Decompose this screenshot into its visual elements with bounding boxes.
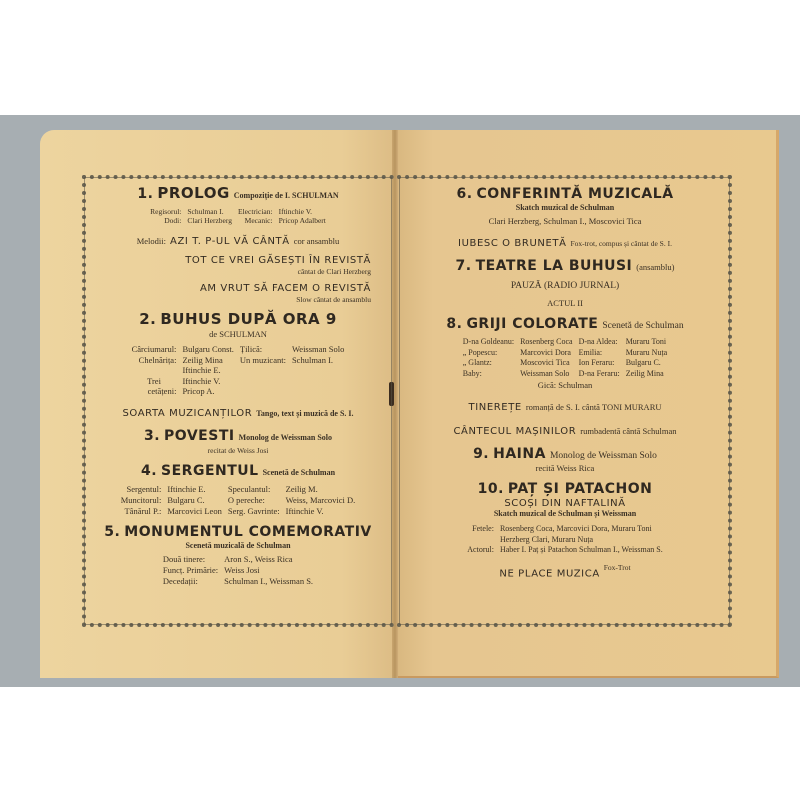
program-item-3: 3. POVESTI Monolog de Weissman Solo reci… — [85, 427, 391, 456]
credit-name: Clari Herzberg — [187, 216, 232, 225]
item-subtitle: de SCHULMAN — [85, 329, 391, 340]
item-number: 9. — [473, 446, 489, 462]
cast-name: Marcovici Leon — [167, 506, 222, 517]
item-title: HAINA — [493, 446, 546, 462]
program-item-10: 10. PAȚ ȘI PATACHON SCOȘI DIN NAFTALINĂ … — [405, 480, 725, 556]
item-title: SERGENTUL — [161, 463, 259, 479]
item-title: PAȚ ȘI PATACHON — [508, 481, 652, 497]
cast-role: D-na Aldea: — [579, 337, 620, 348]
cast-role — [132, 365, 177, 376]
item-title: BUHUS DUPĂ ORA 9 — [160, 310, 336, 328]
cast-name: Weissman Solo — [292, 344, 344, 355]
cast-name: Schulman I., Weissman S. — [224, 576, 313, 587]
cast-name: Iftinchie V. — [286, 506, 356, 517]
credit-role: Dodi: — [150, 216, 181, 225]
item-subtitle: Monolog de Weissman Solo — [550, 451, 657, 461]
song-title: TINEREȚE — [468, 402, 521, 413]
song-title: NE PLACE MUZICA — [499, 568, 599, 579]
credit-role: Regisorul: — [150, 207, 181, 216]
item-subtitle: Compoziție de I. SCHULMAN — [234, 191, 339, 200]
credit-name: Schulman I. — [187, 207, 232, 216]
item-subtitle: Scenetă de Schulman — [263, 468, 335, 477]
cast-role: Tânărul P.: — [121, 506, 162, 517]
program-item-6: 6. CONFERINTĂ MUZICALĂ Skatch muzical de… — [405, 185, 725, 227]
program-item-4: 4. SERGENTUL Scenetă de Schulman Sergent… — [85, 462, 391, 517]
item-subtitle: Skatch muzical de Schulman — [405, 203, 725, 212]
left-page-content: 1. PROLOG Compoziție de I. SCHULMAN Regi… — [85, 185, 391, 593]
item-title: TEATRE LA BUHUSI — [476, 258, 633, 274]
item-title: GRIJI COLORATE — [466, 316, 598, 332]
song-title: IUBESC O BRUNETĂ — [458, 238, 566, 249]
cast-role: Două tinere: — [163, 554, 218, 565]
item-number: 7. — [456, 258, 472, 274]
cast-role: cetățeni: — [132, 386, 177, 397]
cast-role: Muncitorul: — [121, 495, 162, 506]
cast-name: Bulgaru C. — [167, 495, 222, 506]
cast-name: Weiss Josi — [224, 565, 313, 576]
cast-name: Bulgaru C. — [626, 358, 668, 369]
cast-name: Pricop A. — [182, 386, 233, 397]
cast-role: Actorul: — [467, 545, 494, 556]
intermission: PAUZĂ (RADIO JURNAL) — [405, 281, 725, 292]
cast-name: Zeilig Mina — [182, 355, 233, 366]
program-item-1: 1. PROLOG Compoziție de I. SCHULMAN Regi… — [85, 185, 391, 305]
cast-name: Rosenberg Coca — [520, 337, 573, 348]
cast-name: Herzberg Clari, Muraru Nuța — [500, 535, 663, 546]
cast-name: Bulgaru Const. — [182, 344, 233, 355]
cast-role: Țilică: — [240, 344, 286, 355]
item-note: recitat de Weiss Josi — [85, 445, 391, 456]
cast-role: Emilia: — [579, 348, 620, 359]
cast-role: Ion Feraru: — [579, 358, 620, 369]
cast-name: Marcovici Dora — [520, 348, 573, 359]
program-item-9: 9. HAINA Monolog de Weissman Solo recită… — [405, 445, 725, 474]
song-soarta: SOARTA MUZICANȚILOR Tango, text și muzic… — [85, 403, 391, 421]
cast-name: Schulman I. — [292, 355, 344, 366]
song-title: AM VRUT SĂ FACEM O REVISTĂ — [85, 283, 371, 294]
item-number: 6. — [456, 186, 472, 202]
cast-role: Sergentul: — [121, 484, 162, 495]
cast-name: Zeilig Mina — [626, 369, 668, 380]
item-cast-line: Clari Herzberg, Schulman I., Moscovici T… — [405, 216, 725, 227]
item-subtitle: Monolog de Weissman Solo — [239, 433, 332, 442]
song-title: TOT CE VREI GĂSEȘTI ÎN REVISTĂ — [85, 255, 371, 266]
song-note: cor ansamblu — [294, 236, 340, 246]
item-number: 1. — [137, 186, 153, 202]
cast-role: „ Popescu: — [463, 348, 514, 359]
cast-role: Funcț. Primărie: — [163, 565, 218, 576]
cast-name: Zeilig M. — [286, 484, 356, 495]
cast-name: Iftinchie E. — [167, 484, 222, 495]
item-note: (ansamblu) — [636, 262, 674, 272]
item-subtitle: Scenetă muzicală de Schulman — [85, 541, 391, 550]
cast-name: Moscovici Tica — [520, 358, 573, 369]
item-note: recită Weiss Rica — [405, 463, 725, 474]
song-note: Tango, text și muzică de S. I. — [256, 409, 353, 418]
song-note: Fox-trot, compus și cântat de S. I. — [571, 239, 672, 248]
item-title: CONFERINTĂ MUZICALĂ — [477, 186, 674, 202]
cast-name: Weiss, Marcovici D. — [286, 495, 356, 506]
song-title: SOARTA MUZICANȚILOR — [122, 408, 252, 419]
item-subtitle: Scenetă de Schulman — [602, 321, 683, 331]
cast-role: Serg. Gavrinte: — [228, 506, 280, 517]
program-booklet: 1. PROLOG Compoziție de I. SCHULMAN Regi… — [40, 130, 780, 678]
item-number: 5. — [104, 524, 120, 540]
credit-role: Mecanic: — [238, 216, 273, 225]
credit-name: Pricop Adalbert — [279, 216, 326, 225]
cast-role: O pereche: — [228, 495, 280, 506]
finale-song: NE PLACE MUZICA Fox-Trot — [405, 562, 725, 581]
song-note: romanță de S. I. cântă TONI MURARU — [526, 402, 662, 412]
song-title: AZI T. P-UL VĂ CÂNTĂ — [170, 236, 290, 247]
cast-role: Chelnărița: — [132, 355, 177, 366]
item-title: POVESTI — [164, 428, 235, 444]
cast-extra: Gică: Schulman — [405, 380, 725, 391]
cast-role: Fetele: — [467, 524, 494, 535]
song-cantecul: CÂNTECUL MAȘINILOR rumbadentă cântă Schu… — [405, 421, 725, 439]
item-number: 10. — [478, 481, 504, 497]
cast-name: Muraru Toni — [626, 337, 668, 348]
song-note: Fox-Trot — [604, 563, 631, 572]
cast-name: Rosenberg Coca, Marcovici Dora, Muraru T… — [500, 524, 663, 535]
cast-role: Trei — [132, 376, 177, 387]
cast-role: Speculantul: — [228, 484, 280, 495]
cast-role: Baby: — [463, 369, 514, 380]
program-item-8: 8. GRIJI COLORATE Scenetă de Schulman D-… — [405, 315, 725, 391]
act-two-heading: ACTUL II — [405, 298, 725, 309]
cast-role: Un muzicant: — [240, 355, 286, 366]
cast-name: Muraru Nuța — [626, 348, 668, 359]
melodies-label: Melodii: — [137, 236, 166, 246]
cast-role: Decedații: — [163, 576, 218, 587]
song-brunet: IUBESC O BRUNETĂ Fox-trot, compus și cân… — [405, 233, 725, 251]
credit-name: Iftinchie V. — [279, 207, 326, 216]
cast-role: Cârciumarul: — [132, 344, 177, 355]
program-item-2: 2. BUHUS DUPĂ ORA 9 de SCHULMAN Cârciuma… — [85, 311, 391, 397]
cast-role: D-na Goldeanu: — [463, 337, 514, 348]
cast-name: Iftinchie E. — [182, 365, 233, 376]
item-number: 2. — [139, 310, 156, 328]
item-title: PROLOG — [157, 184, 229, 202]
cast-name: Weissman Solo — [520, 369, 573, 380]
program-item-5: 5. MONUMENTUL COMEMORATIV Scenetă muzica… — [85, 523, 391, 587]
item-number: 4. — [141, 463, 157, 479]
program-item-7: 7. TEATRE LA BUHUSI (ansamblu) — [405, 257, 725, 275]
cast-role — [467, 535, 494, 546]
item-title: MONUMENTUL COMEMORATIV — [124, 524, 371, 540]
credit-role: Electrician: — [238, 207, 273, 216]
item-subtitle: Skatch muzical de Schulman și Weissman — [405, 509, 725, 518]
cast-name: Iftinchie V. — [182, 376, 233, 387]
item-number: 3. — [144, 428, 160, 444]
song-note: Slow cântat de ansamblu — [85, 294, 371, 305]
item-number: 8. — [446, 316, 462, 332]
song-tinerete: TINEREȚE romanță de S. I. cântă TONI MUR… — [405, 397, 725, 415]
song-note: rumbadentă cântă Schulman — [580, 426, 676, 436]
song-note: cântat de Clari Herzberg — [85, 266, 371, 277]
right-page-content: 6. CONFERINTĂ MUZICALĂ Skatch muzical de… — [405, 185, 725, 587]
item-subtitle-line: SCOȘI DIN NAFTALINĂ — [405, 498, 725, 509]
cast-role: D-na Feraru: — [579, 369, 620, 380]
cast-role: „ Glantz: — [463, 358, 514, 369]
song-title: CÂNTECUL MAȘINILOR — [453, 426, 576, 437]
cast-name: Aron S., Weiss Rica — [224, 554, 313, 565]
cast-name: Haber I. Paț și Patachon Schulman I., We… — [500, 545, 663, 556]
